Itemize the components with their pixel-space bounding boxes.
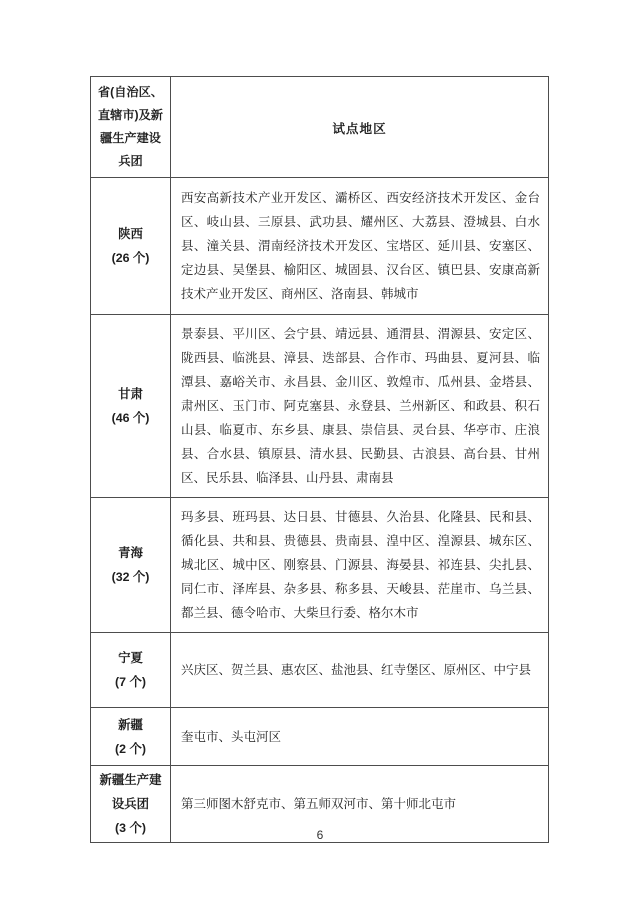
province-count: (46 个)	[94, 406, 167, 430]
pilot-areas-table-container: 省(自治区、直辖市)及新疆生产建设兵团 试点地区 陕西 (26 个) 西安高新技…	[90, 76, 548, 843]
table-row-ningxia: 宁夏 (7 个) 兴庆区、贺兰县、惠农区、盐池县、红寺堡区、原州区、中宁县	[91, 633, 549, 708]
pilot-areas-table: 省(自治区、直辖市)及新疆生产建设兵团 试点地区 陕西 (26 个) 西安高新技…	[90, 76, 549, 843]
province-cell: 新疆 (2 个)	[91, 708, 171, 766]
province-cell: 宁夏 (7 个)	[91, 633, 171, 708]
header-pilot-areas-column: 试点地区	[171, 77, 549, 178]
province-count: (32 个)	[94, 565, 167, 589]
regions-cell: 景泰县、平川区、会宁县、靖远县、通渭县、渭源县、安定区、陇西县、临洮县、漳县、迭…	[171, 315, 549, 498]
table-row-xinjiang: 新疆 (2 个) 奎屯市、头屯河区	[91, 708, 549, 766]
table-row-shaanxi: 陕西 (26 个) 西安高新技术产业开发区、灞桥区、西安经济技术开发区、金台区、…	[91, 178, 549, 315]
province-name: 青海	[94, 541, 167, 565]
province-cell: 甘肃 (46 个)	[91, 315, 171, 498]
table-header-row: 省(自治区、直辖市)及新疆生产建设兵团 试点地区	[91, 77, 549, 178]
province-name: 新疆生产建设兵团	[94, 768, 167, 816]
province-cell: 陕西 (26 个)	[91, 178, 171, 315]
province-count: (2 个)	[94, 737, 167, 761]
province-cell: 青海 (32 个)	[91, 498, 171, 633]
table-row-gansu: 甘肃 (46 个) 景泰县、平川区、会宁县、靖远县、通渭县、渭源县、安定区、陇西…	[91, 315, 549, 498]
regions-cell: 玛多县、班玛县、达日县、甘德县、久治县、化隆县、民和县、循化县、共和县、贵德县、…	[171, 498, 549, 633]
regions-cell: 奎屯市、头屯河区	[171, 708, 549, 766]
province-name: 新疆	[94, 713, 167, 737]
table-row-qinghai: 青海 (32 个) 玛多县、班玛县、达日县、甘德县、久治县、化隆县、民和县、循化…	[91, 498, 549, 633]
province-count: (26 个)	[94, 246, 167, 270]
regions-cell: 西安高新技术产业开发区、灞桥区、西安经济技术开发区、金台区、岐山县、三原县、武功…	[171, 178, 549, 315]
province-name: 宁夏	[94, 646, 167, 670]
province-count: (7 个)	[94, 670, 167, 694]
document-page: 省(自治区、直辖市)及新疆生产建设兵团 试点地区 陕西 (26 个) 西安高新技…	[0, 0, 640, 904]
province-name: 陕西	[94, 222, 167, 246]
page-number: 6	[0, 828, 640, 842]
regions-cell: 兴庆区、贺兰县、惠农区、盐池县、红寺堡区、原州区、中宁县	[171, 633, 549, 708]
header-province-column: 省(自治区、直辖市)及新疆生产建设兵团	[91, 77, 171, 178]
province-name: 甘肃	[94, 382, 167, 406]
